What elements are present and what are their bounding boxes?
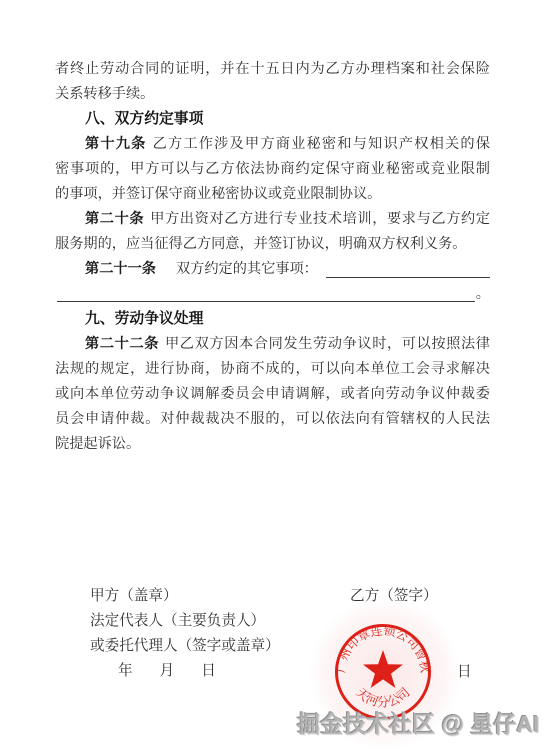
article-number-22: 第二十二条 [85, 336, 159, 352]
paragraph-text: 甲乙双方因本合同发生劳动争议时，可以按照法律 [165, 336, 490, 352]
contract-line: 员会申请仲裁。对仲裁裁决不服的，可以依法向有管辖权的人民法 [55, 407, 490, 432]
paragraph-text: 院提起诉讼。 [55, 436, 140, 452]
contract-line: 第二十一条双方约定的其它事项： [55, 257, 490, 282]
date-day-label-right: 日 [457, 660, 472, 685]
seal-bottom-text: 天河分公司 [353, 685, 412, 709]
contract-line: 密事项的，甲方可以与乙方依法协商约定保守商业秘密或竞业限制 [55, 157, 490, 182]
paragraph-text: 双方约定的其它事项： [176, 257, 318, 282]
paragraph-text: 乙方工作涉及甲方商业秘密和与知识产权相关的保 [153, 136, 490, 152]
contract-line: 关系转移手续。 [55, 82, 490, 107]
signature-row: 甲方（盖章） 乙方（签字） [90, 584, 490, 609]
contract-line: 者终止劳动合同的证明，并在十五日内为乙方办理档案和社会保险 [55, 57, 490, 82]
article-number-20: 第二十条 [85, 211, 144, 227]
contract-page: 者终止劳动合同的证明，并在十五日内为乙方办理档案和社会保险 关系转移手续。 八、… [0, 0, 546, 754]
paragraph-text: 服务期的，应当征得乙方同意，并签订协议，明确双方权利义务。 [55, 236, 466, 252]
contract-line: 第二十条甲方出资对乙方进行专业技术培训，要求与乙方约定 [55, 207, 490, 232]
contract-line: 的事项，并签订保守商业秘密协议或竞业限制协议。 [55, 182, 490, 207]
date-day-label: 日 [201, 663, 216, 679]
party-b-label: 乙方（签字） [350, 584, 438, 609]
section-heading-9: 九、劳动争议处理 [55, 307, 490, 332]
paragraph-text: 或向本单位劳动争议调解委员会申请调解，或者向劳动争议仲裁委 [55, 386, 490, 402]
paragraph-text: 甲方出资对乙方进行专业技术培训，要求与乙方约定 [150, 211, 490, 227]
contract-line: 服务期的，应当征得乙方同意，并签订协议，明确双方权利义务。 [55, 232, 490, 257]
blank-underline-field[interactable] [57, 282, 475, 302]
paragraph-text: 法规的规定，进行协商，协商不成的，可以向本单位工会寻求解决 [55, 361, 490, 377]
paragraph-text: 密事项的，甲方可以与乙方依法协商约定保守商业秘密或竞业限制 [55, 161, 490, 177]
blank-underline-field[interactable] [326, 257, 490, 278]
paragraph-text: 的事项，并签订保守商业秘密协议或竞业限制协议。 [55, 186, 381, 202]
contract-body: 者终止劳动合同的证明，并在十五日内为乙方办理档案和社会保险 关系转移手续。 八、… [0, 0, 546, 684]
period-text: 。 [475, 282, 490, 307]
date-month-label: 月 [160, 663, 175, 679]
article-number-21: 第二十一条 [85, 257, 156, 282]
paragraph-text: 关系转移手续。 [55, 86, 154, 102]
contract-line: 第二十二条甲乙双方因本合同发生劳动争议时，可以按照法律 [55, 332, 490, 357]
contract-line: 第十九条乙方工作涉及甲方商业秘密和与知识产权相关的保 [55, 132, 490, 157]
contract-line: 或向本单位劳动争议调解委员会申请调解，或者向劳动争议仲裁委 [55, 382, 490, 407]
seal-branch-name: 天河分公司 [353, 685, 412, 709]
date-year-label: 年 [118, 663, 133, 679]
article-number-19: 第十九条 [85, 136, 147, 152]
contract-line: 法规的规定，进行协商，协商不成的，可以向本单位工会寻求解决 [55, 357, 490, 382]
company-seal-stamp: 广州印章连锁公司曾秋 天河分公司 [330, 622, 436, 722]
entrusted-agent-label: 或委托代理人（签字或盖章） [90, 638, 280, 654]
section-heading-8: 八、双方约定事项 [55, 107, 490, 132]
contract-line: 。 [55, 282, 490, 307]
paragraph-text: 者终止劳动合同的证明，并在十五日内为乙方办理档案和社会保险 [55, 61, 490, 77]
legal-representative-label: 法定代表人（主要负责人） [90, 613, 265, 629]
star-icon [363, 650, 403, 688]
contract-line: 院提起诉讼。 [55, 432, 490, 457]
paragraph-text: 员会申请仲裁。对仲裁裁决不服的，可以依法向有管辖权的人民法 [55, 411, 490, 427]
party-a-label: 甲方（盖章） [90, 588, 178, 604]
watermark-text: 掘金技术社区 @ 星仔AI [297, 709, 539, 739]
